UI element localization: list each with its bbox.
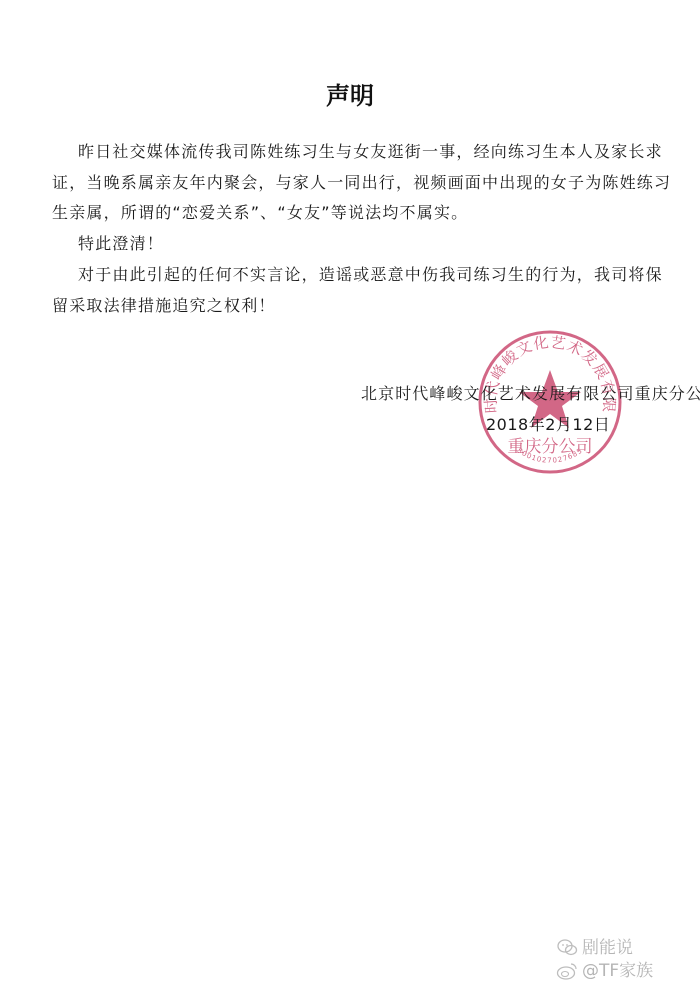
paragraph-statement: 昨日社交媒体流传我司陈姓练习生与女友逛街一事，经向练习生本人及家长求证，当晚系属…	[52, 137, 678, 229]
signature-company: 北京时代峰峻文化艺术发展有限公司重庆分公司	[361, 381, 696, 407]
watermark-line1: 剧能说	[582, 938, 633, 958]
watermark: 剧能说 @TF家族	[556, 938, 686, 982]
watermark-line2: @TF家族	[582, 961, 653, 981]
watermark-row-1: 剧能说	[556, 938, 686, 958]
paragraph-legal-notice: 对于由此引起的任何不实言论，造谣或恶意中伤我司练习生的行为，我司将保留采取法律措…	[52, 260, 678, 321]
document-body: 昨日社交媒体流传我司陈姓练习生与女友逛街一事，经向练习生本人及家长求证，当晚系属…	[52, 137, 678, 321]
signature-date: 2018年2月12日	[486, 412, 610, 438]
wechat-icon	[556, 938, 578, 958]
watermark-row-2: @TF家族	[556, 961, 686, 981]
document-title: 声明	[0, 80, 700, 112]
paragraph-clarification: 特此澄清！	[52, 229, 678, 260]
weibo-icon	[556, 961, 578, 981]
